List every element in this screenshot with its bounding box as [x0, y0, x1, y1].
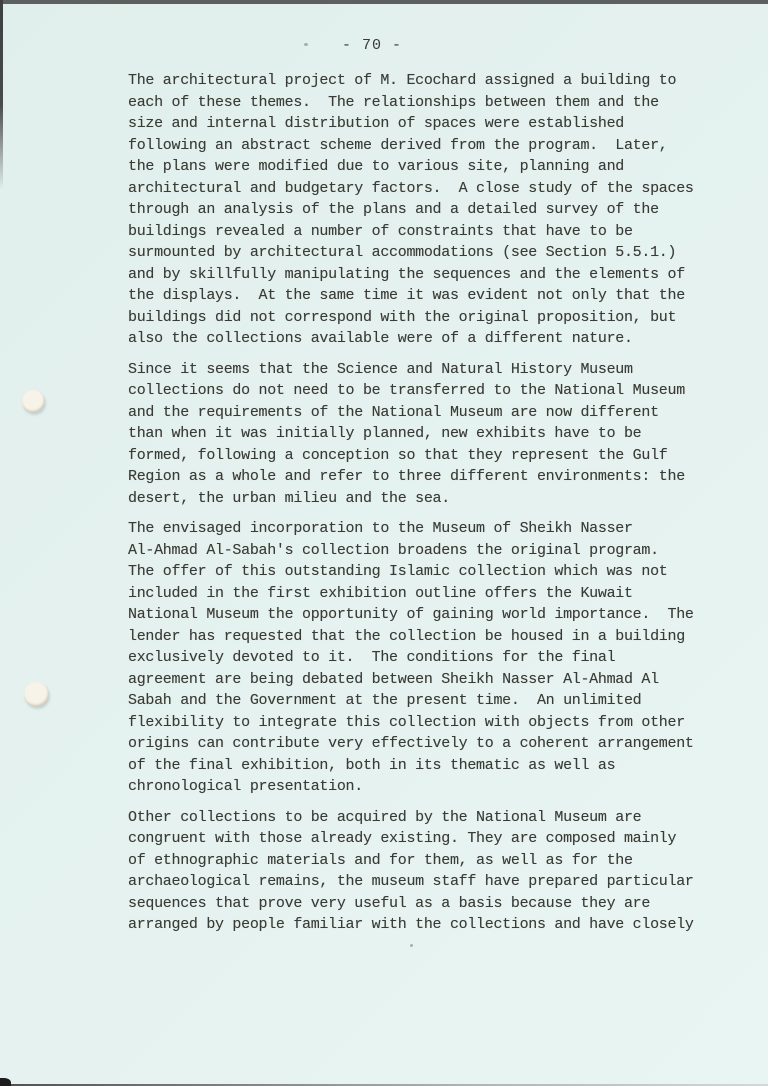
scan-edge-left	[0, 0, 3, 190]
punch-hole-bottom	[24, 682, 49, 707]
scan-edge-top	[0, 0, 768, 4]
paragraph-4: Other collections to be acquired by the …	[128, 807, 748, 936]
paragraph-1: The architectural project of M. Ecochard…	[128, 70, 748, 350]
page-number: - 70 -	[0, 37, 756, 54]
scan-corner-mark	[0, 1078, 11, 1086]
paragraph-2: Since it seems that the Science and Natu…	[128, 359, 748, 510]
punch-hole-top	[22, 390, 45, 413]
paragraph-3: The envisaged incorporation to the Museu…	[128, 518, 748, 798]
document-body: The architectural project of M. Ecochard…	[128, 70, 748, 945]
